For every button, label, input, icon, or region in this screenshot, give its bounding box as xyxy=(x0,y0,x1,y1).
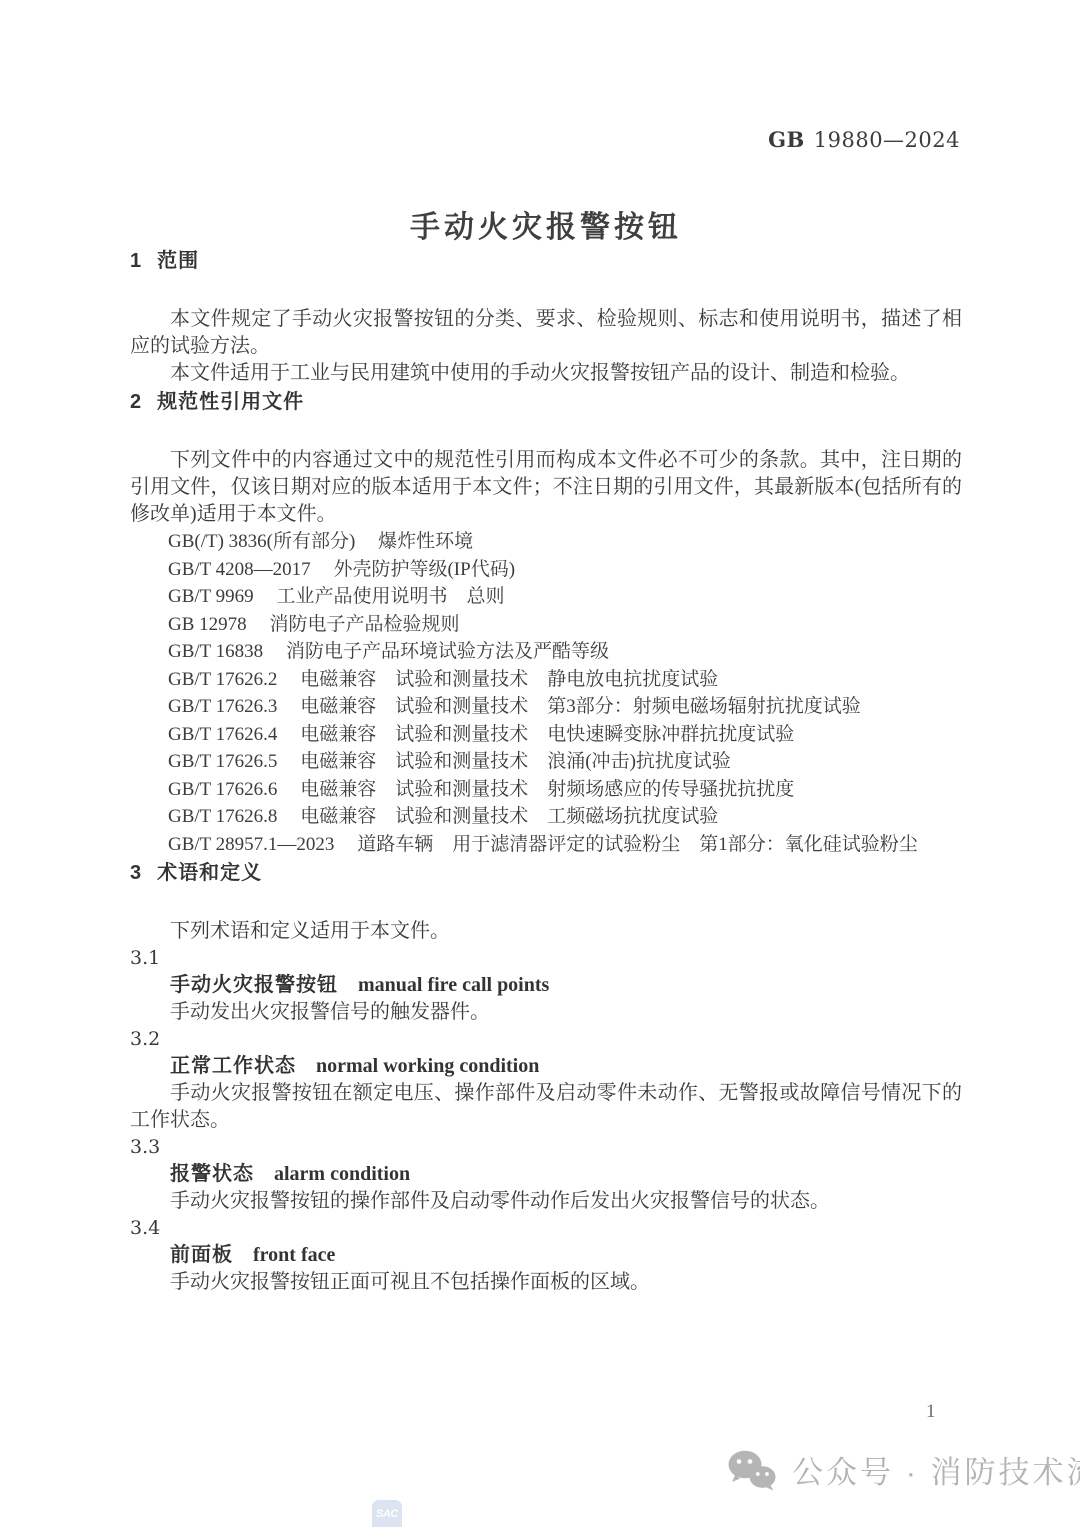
section-number: 3 xyxy=(130,862,141,884)
reference-code: GB(/T) 3836(所有部分) xyxy=(168,531,355,552)
term-zh: 报警状态 xyxy=(170,1163,254,1185)
reference-title: 消防电子产品检验规则 xyxy=(269,614,459,635)
term-definition: 手动火灾报警按钮的操作部件及启动零件动作后发出火灾报警信号的状态。 xyxy=(130,1188,962,1215)
reference-code: GB/T 17626.6 xyxy=(168,779,277,800)
section-title: 术语和定义 xyxy=(157,862,262,884)
section-title: 范围 xyxy=(157,250,199,272)
term-id: 3.1 xyxy=(130,945,962,972)
reference-code: GB/T 17626.8 xyxy=(168,806,277,827)
reference-code: GB/T 17626.2 xyxy=(168,669,277,690)
reference-title: 电磁兼容 试验和测量技术 射频场感应的传导骚扰抗扰度 xyxy=(300,779,794,800)
reference-item: GB/T 9969工业产品使用说明书 总则 xyxy=(130,583,962,611)
term-definition: 手动发出火灾报警信号的触发器件。 xyxy=(130,999,962,1026)
reference-title: 电磁兼容 试验和测量技术 工频磁场抗扰度试验 xyxy=(300,806,718,827)
reference-title: 电磁兼容 试验和测量技术 静电放电抗扰度试验 xyxy=(300,669,718,690)
reference-item: GB 12978消防电子产品检验规则 xyxy=(130,611,962,639)
term-name: 报警状态alarm condition xyxy=(130,1161,962,1188)
reference-code: GB/T 9969 xyxy=(168,586,254,607)
term-id: 3.4 xyxy=(130,1215,962,1242)
document-title: 手动火灾报警按钮 xyxy=(130,210,962,246)
scope-paragraph: 本文件适用于工业与民用建筑中使用的手动火灾报警按钮产品的设计、制造和检验。 xyxy=(130,360,962,387)
term-en: normal working condition xyxy=(316,1055,539,1077)
reference-title: 电磁兼容 试验和测量技术 电快速瞬变脉冲群抗扰度试验 xyxy=(300,724,794,745)
reference-code: GB/T 17626.5 xyxy=(168,751,277,772)
section-heading-scope: 1范围 xyxy=(130,246,962,276)
reference-item: GB/T 17626.8电磁兼容 试验和测量技术 工频磁场抗扰度试验 xyxy=(130,803,962,831)
reference-title: 外壳防护等级(IP代码) xyxy=(333,559,515,580)
reference-item: GB/T 17626.2电磁兼容 试验和测量技术 静电放电抗扰度试验 xyxy=(130,666,962,694)
reference-title: 电磁兼容 试验和测量技术 第3部分：射频电磁场辐射抗扰度试验 xyxy=(300,696,861,717)
term-definition: 手动火灾报警按钮正面可视且不包括操作面板的区域。 xyxy=(130,1269,962,1296)
term-id: 3.3 xyxy=(130,1134,962,1161)
reference-title: 消防电子产品环境试验方法及严酷等级 xyxy=(286,641,609,662)
term-id: 3.2 xyxy=(130,1026,962,1053)
section-heading-normative-references: 2规范性引用文件 xyxy=(130,387,962,417)
scope-paragraph: 本文件规定了手动火灾报警按钮的分类、要求、检验规则、标志和使用说明书，描述了相应… xyxy=(130,306,962,360)
references-intro: 下列文件中的内容通过文中的规范性引用而构成本文件必不可少的条款。其中，注日期的引… xyxy=(130,447,962,528)
term-name: 手动火灾报警按钮manual fire call points xyxy=(130,972,962,999)
document-page: GB19880—2024 手动火灾报警按钮 1范围 本文件规定了手动火灾报警按钮… xyxy=(0,0,1080,1527)
section-number: 1 xyxy=(130,250,141,272)
section-heading-terms: 3术语和定义 xyxy=(130,858,962,888)
reference-code: GB/T 4208—2017 xyxy=(168,559,311,580)
term-definition: 手动火灾报警按钮在额定电压、操作部件及启动零件未动作、无警报或故障信号情况下的工… xyxy=(130,1080,962,1134)
reference-title: 道路车辆 用于滤清器评定的试验粉尘 第1部分：氧化硅试验粉尘 xyxy=(357,834,918,855)
reference-item: GB/T 17626.4电磁兼容 试验和测量技术 电快速瞬变脉冲群抗扰度试验 xyxy=(130,721,962,749)
watermark-text: 公众号 · 消防技术流 xyxy=(792,1447,1080,1492)
term-zh: 前面板 xyxy=(170,1244,233,1266)
reference-item: GB/T 16838消防电子产品环境试验方法及严酷等级 xyxy=(130,638,962,666)
term-en: manual fire call points xyxy=(358,974,549,996)
term-name: 正常工作状态normal working condition xyxy=(130,1053,962,1080)
term-zh: 手动火灾报警按钮 xyxy=(170,974,338,996)
reference-item: GB/T 17626.3电磁兼容 试验和测量技术 第3部分：射频电磁场辐射抗扰度… xyxy=(130,693,962,721)
sac-logo: SAC xyxy=(372,1500,402,1527)
term-en: alarm condition xyxy=(274,1163,410,1185)
reference-code: GB/T 16838 xyxy=(168,641,263,662)
reference-title: 电磁兼容 试验和测量技术 浪涌(冲击)抗扰度试验 xyxy=(300,751,731,772)
term-en: front face xyxy=(253,1244,335,1266)
reference-item: GB(/T) 3836(所有部分)爆炸性环境 xyxy=(130,528,962,556)
reference-item: GB/T 28957.1—2023道路车辆 用于滤清器评定的试验粉尘 第1部分：… xyxy=(130,831,962,859)
terms-intro: 下列术语和定义适用于本文件。 xyxy=(130,918,962,945)
reference-title: 工业产品使用说明书 总则 xyxy=(276,586,504,607)
reference-code: GB/T 17626.3 xyxy=(168,696,277,717)
reference-title: 爆炸性环境 xyxy=(378,531,473,552)
reference-item: GB/T 4208—2017外壳防护等级(IP代码) xyxy=(130,556,962,584)
reference-code: GB/T 17626.4 xyxy=(168,724,277,745)
document-content: 手动火灾报警按钮 1范围 本文件规定了手动火灾报警按钮的分类、要求、检验规则、标… xyxy=(130,0,962,1296)
reference-item: GB/T 17626.6电磁兼容 试验和测量技术 射频场感应的传导骚扰抗扰度 xyxy=(130,776,962,804)
watermark: 公众号 · 消防技术流 xyxy=(727,1447,1080,1492)
section-title: 规范性引用文件 xyxy=(157,391,304,413)
term-name: 前面板front face xyxy=(130,1242,962,1269)
term-zh: 正常工作状态 xyxy=(170,1055,296,1077)
wechat-icon xyxy=(727,1449,777,1491)
reference-code: GB/T 28957.1—2023 xyxy=(168,834,334,855)
reference-item: GB/T 17626.5电磁兼容 试验和测量技术 浪涌(冲击)抗扰度试验 xyxy=(130,748,962,776)
page-number: 1 xyxy=(926,1401,936,1423)
section-number: 2 xyxy=(130,391,141,413)
reference-code: GB 12978 xyxy=(168,614,247,635)
